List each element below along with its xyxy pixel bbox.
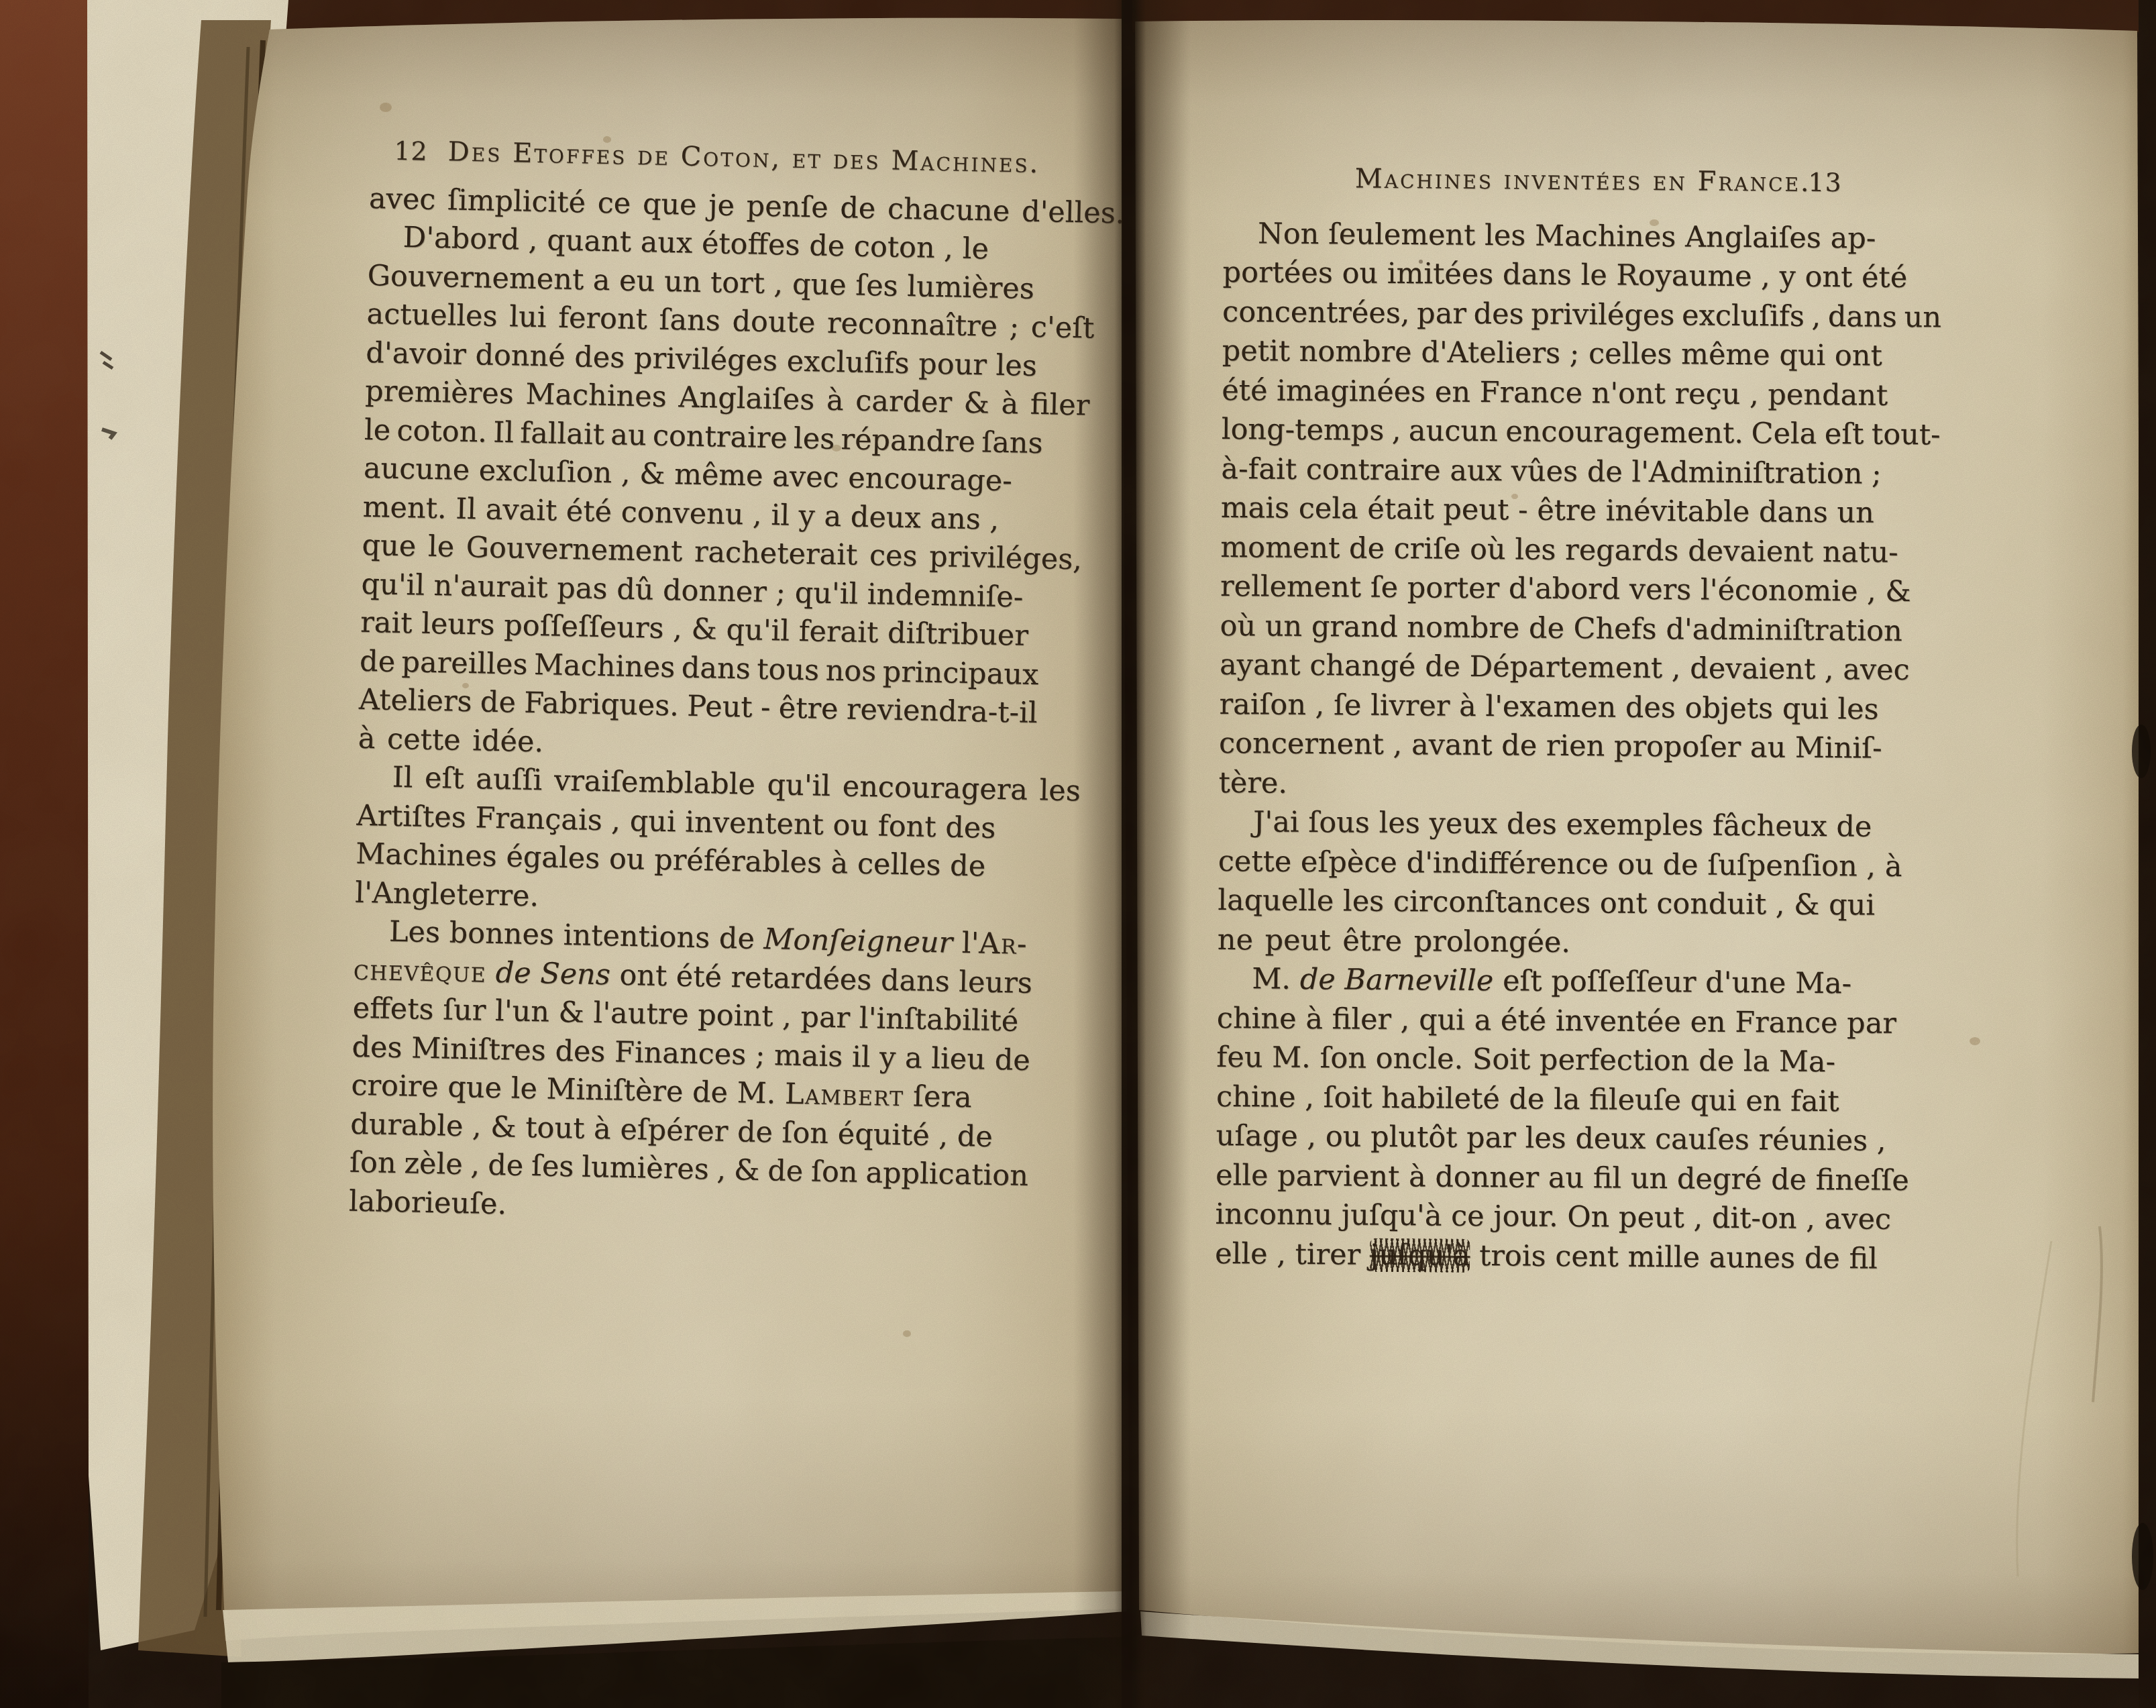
fore-edge-blot — [2132, 725, 2151, 778]
text-line: J'ai ſous les yeux des exemples fâcheux … — [1218, 802, 1937, 847]
left-page-number: 12 — [394, 132, 429, 171]
text-line: ayant changé de Département , devaient ,… — [1220, 645, 1939, 690]
text-line: laquelle les circonſtances ont conduit ,… — [1218, 881, 1937, 926]
text-line: à-fait contraire aux vûes de l'Adminiſtr… — [1221, 449, 1940, 494]
text-line: concernent , avant de rien propoſer au M… — [1219, 724, 1938, 769]
fore-edge-blot — [2132, 1523, 2153, 1590]
text-line: portées ou imitées dans le Royaume , y o… — [1222, 253, 1941, 298]
text-line: feu M. ſon oncle. Soit perfection de la … — [1216, 1038, 1935, 1083]
text-line: chine , ſoit habileté de la fileuſe qui … — [1216, 1077, 1935, 1122]
open-book-scan: 12 Des Etoffes de Coton, et des Machines… — [0, 0, 2156, 1708]
right-running-header: Machines inventées en France. 13 — [1224, 158, 1943, 203]
text-line: uſage , ou plutôt par les deux cauſes ré… — [1216, 1116, 1935, 1161]
text-line: été imaginées en France n'ont reçu , pen… — [1222, 370, 1941, 415]
text-line: inconnu juſqu'à ce jour. On peut , dit-o… — [1215, 1195, 1934, 1240]
text-line: cette eſpèce d'indifférence ou de ſuſpen… — [1218, 841, 1937, 886]
right-page-lines: Non ſeulement les Machines Anglaiſes ap-… — [1215, 213, 1942, 1279]
text-line: petit nombre d'Ateliers ; celles même qu… — [1222, 331, 1941, 376]
text-line: long-temps , aucun encouragement. Cela e… — [1222, 410, 1941, 455]
right-page: Machines inventées en France. 13 Non ſeu… — [1215, 158, 1943, 1279]
left-page-lines: avec ſimplicité ce que je penſe de chacu… — [348, 179, 1048, 1234]
text-line: raiſon , ſe livrer à l'examen des objets… — [1219, 684, 1938, 729]
text-line: rellement ſe porter d'abord vers l'écono… — [1220, 567, 1939, 612]
text-line: où un grand nombre de Chefs d'adminiſtra… — [1220, 606, 1939, 651]
gutter-line — [1122, 0, 1132, 1708]
book-cover-spine — [0, 0, 89, 1708]
text-line: tère. — [1218, 763, 1937, 808]
text-line: M. de Barneville eſt poſſeſſeur d'une Ma… — [1217, 959, 1936, 1004]
text-line: ne peut être prolongée. — [1218, 920, 1937, 965]
text-line: Non ſeulement les Machines Anglaiſes ap- — [1223, 213, 1942, 258]
text-line: moment de criſe où les regards devaient … — [1220, 527, 1939, 572]
text-line: chine à filer , qui a été inventée en Fr… — [1217, 998, 1936, 1043]
text-line: elle , tirer juſqu'à trois cent mille au… — [1215, 1234, 1934, 1279]
right-page-number: 13 — [1808, 163, 1842, 203]
left-page: 12 Des Etoffes de Coton, et des Machines… — [348, 131, 1048, 1234]
right-header-text: Machines inventées en France. — [1355, 164, 1811, 198]
text-line: elle parvient à donner au fil un degré d… — [1216, 1155, 1935, 1200]
text-line: mais cela était peut - être inévitable d… — [1221, 488, 1940, 533]
text-line: concentrées, par des priviléges excluſif… — [1222, 292, 1941, 337]
right-fore-edge — [2139, 0, 2156, 1708]
